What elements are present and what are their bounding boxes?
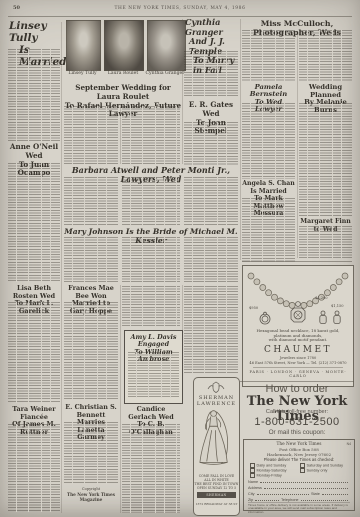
- article-body: [184, 122, 238, 165]
- nyt-phone-number: 1-800-631-2500: [238, 416, 356, 428]
- fill-in-line: [322, 491, 348, 495]
- coupon-code: N4: [347, 442, 351, 446]
- ad-address: 1372 BROADWAY AT 38 ST: [194, 502, 239, 506]
- price-label: $4,200: [315, 296, 328, 300]
- article-body: [122, 106, 180, 164]
- article-body: [8, 424, 60, 512]
- crest-icon: [206, 381, 226, 394]
- column-rule: [61, 22, 62, 513]
- photo-caption: Laura Roulet: [101, 71, 145, 76]
- article-body: [184, 177, 238, 225]
- article-body: [122, 177, 180, 225]
- column-rule: [120, 285, 121, 513]
- price-label: $1,150: [331, 304, 344, 308]
- article-body: [122, 237, 180, 282]
- headline-line: Anne O'Neil Wed: [8, 143, 60, 161]
- article-body: [242, 30, 295, 81]
- field-label: State: [311, 492, 320, 496]
- delivery-option: Monday-Friday: [250, 473, 282, 479]
- subscription-coupon: The New York Times Post Office Box 508 H…: [243, 439, 355, 511]
- fill-in-line: [260, 479, 348, 483]
- headline-line: Frances Mae Bee Won: [64, 285, 118, 300]
- ring-illustration: [260, 312, 270, 324]
- article-body: [184, 237, 238, 282]
- article-body: [8, 49, 60, 141]
- headline-line: Lisa Beth Rosten Wed: [8, 285, 60, 300]
- form-row-name: Name: [248, 479, 350, 484]
- newspaper-page: 50 THE NEW YORK TIMES, SUNDAY, MAY 4, 19…: [0, 0, 360, 517]
- headline-line: Pamela Bernstein: [242, 84, 295, 99]
- ad-tagline: Jewelers since 1780: [243, 356, 353, 360]
- option-label: Sunday only: [307, 469, 328, 473]
- article-body: [64, 177, 118, 225]
- article-body: [184, 51, 238, 98]
- field-label: City: [248, 492, 255, 496]
- article-body: [64, 106, 118, 164]
- section-rule: [242, 261, 352, 262]
- headline-line: Candice Gerlach Wed: [122, 406, 180, 421]
- chaumet-ad: $4,200 $950 $1,150 Hexagonal bead neckla…: [242, 265, 354, 387]
- coupon-fine-print: Times home or office delivery is not ava…: [248, 504, 350, 515]
- bridal-gown-illustration: [197, 408, 236, 468]
- ad-brand-line: LAWRENCE: [194, 401, 239, 407]
- checkbox-icon: [300, 468, 305, 473]
- chaumet-brand: CHAUMET: [243, 345, 353, 355]
- photo-caption: Cynthia Granger: [142, 71, 188, 76]
- fill-in-line: [301, 497, 348, 501]
- article-body: [299, 226, 352, 258]
- sherman-lawrence-ad: SHERMAN LAWRENCE COME FALL IN LOVE ALL I…: [193, 377, 240, 516]
- article-body: [242, 103, 295, 179]
- ad-caption: OPEN SUNDAY 12 TO 5: [194, 486, 239, 490]
- credit-line: The New York Times Magazine: [64, 492, 118, 502]
- price-label: $950: [249, 306, 258, 310]
- fill-in-line: [257, 491, 309, 495]
- article-body: [122, 286, 180, 326]
- headline-line: Cynthia Granger: [185, 18, 239, 37]
- ad-rule: [253, 367, 343, 368]
- necklace-illustration: [245, 268, 351, 326]
- column-rule: [297, 31, 298, 258]
- option-label: Monday-Saturday: [257, 469, 287, 473]
- credit-line: Copyright: [64, 487, 118, 491]
- field-label: Name: [248, 480, 258, 484]
- ad-rule: [240, 381, 354, 382]
- checkbox-icon: [250, 473, 255, 478]
- column-rule: [240, 19, 241, 260]
- article-body: [184, 286, 238, 374]
- option-label: Daily and Sunday: [257, 464, 287, 468]
- headline-line: E. Christian S. Bennett: [64, 404, 118, 419]
- headline-line: Angela S. Chan Is Married: [242, 180, 295, 195]
- article-body: [64, 237, 118, 282]
- fill-in-line: [264, 485, 348, 489]
- option-label: Monday-Friday: [257, 474, 282, 478]
- nyt-mail-line: Or mail this coupon:: [238, 429, 356, 436]
- field-label: Address: [248, 486, 262, 490]
- headline-line: Amy L. Davis Engaged: [125, 334, 182, 349]
- ad-address: 46 East 57th Street, New York — Tel. (21…: [243, 361, 353, 365]
- coupon-address-line: Hackensack, New Jersey 07602: [244, 452, 354, 457]
- delivery-option: Sunday only: [300, 468, 327, 474]
- bride-photo: [66, 20, 101, 71]
- fill-in-line: [255, 497, 279, 501]
- form-row-city-state: CityState: [248, 491, 350, 496]
- article-body: [122, 424, 180, 513]
- ad-caption: with diamond motif pendant.: [243, 337, 353, 342]
- article-body: [8, 302, 60, 403]
- photo-caption: Linsey Tully: [60, 71, 105, 76]
- engagement-box: Amy L. Davis Engaged To William Ambrose: [124, 330, 183, 404]
- option-label: Saturday and Sunday: [307, 464, 344, 468]
- earrings-illustration: [320, 311, 340, 324]
- article-body: [64, 302, 118, 400]
- bride-photo: [104, 20, 144, 71]
- article-body: [128, 352, 179, 398]
- article-body: [299, 30, 352, 81]
- nyt-call-line: Call this toll-free number:: [238, 409, 356, 415]
- form-row-address: Address: [248, 485, 350, 490]
- article-body: [242, 198, 295, 262]
- bride-photo: [147, 20, 186, 71]
- masthead: THE NEW YORK TIMES, SUNDAY, MAY 4, 1986: [0, 6, 360, 11]
- headline-line: September Wedding for Laura Roulet: [64, 84, 182, 102]
- headline-line: E. R. Gates Wed: [184, 101, 238, 119]
- headline-line: Tara Weiner Fiancée: [8, 406, 60, 421]
- headline-line: Wedding Planned: [299, 84, 352, 99]
- article-body: [64, 422, 118, 484]
- coupon-instruction: Please deliver The Times as checked:: [244, 457, 354, 462]
- ad-cities: PARIS · LONDON · GENEVA · MONTE-CARLO: [243, 370, 353, 378]
- article-body: [299, 103, 352, 216]
- headline-line: Linsey Tully: [9, 20, 61, 44]
- ad-banner: SHERMAN LAWRENCE BRIDALS: [197, 492, 236, 498]
- masthead-rule: [8, 16, 352, 17]
- article-body: [8, 163, 60, 282]
